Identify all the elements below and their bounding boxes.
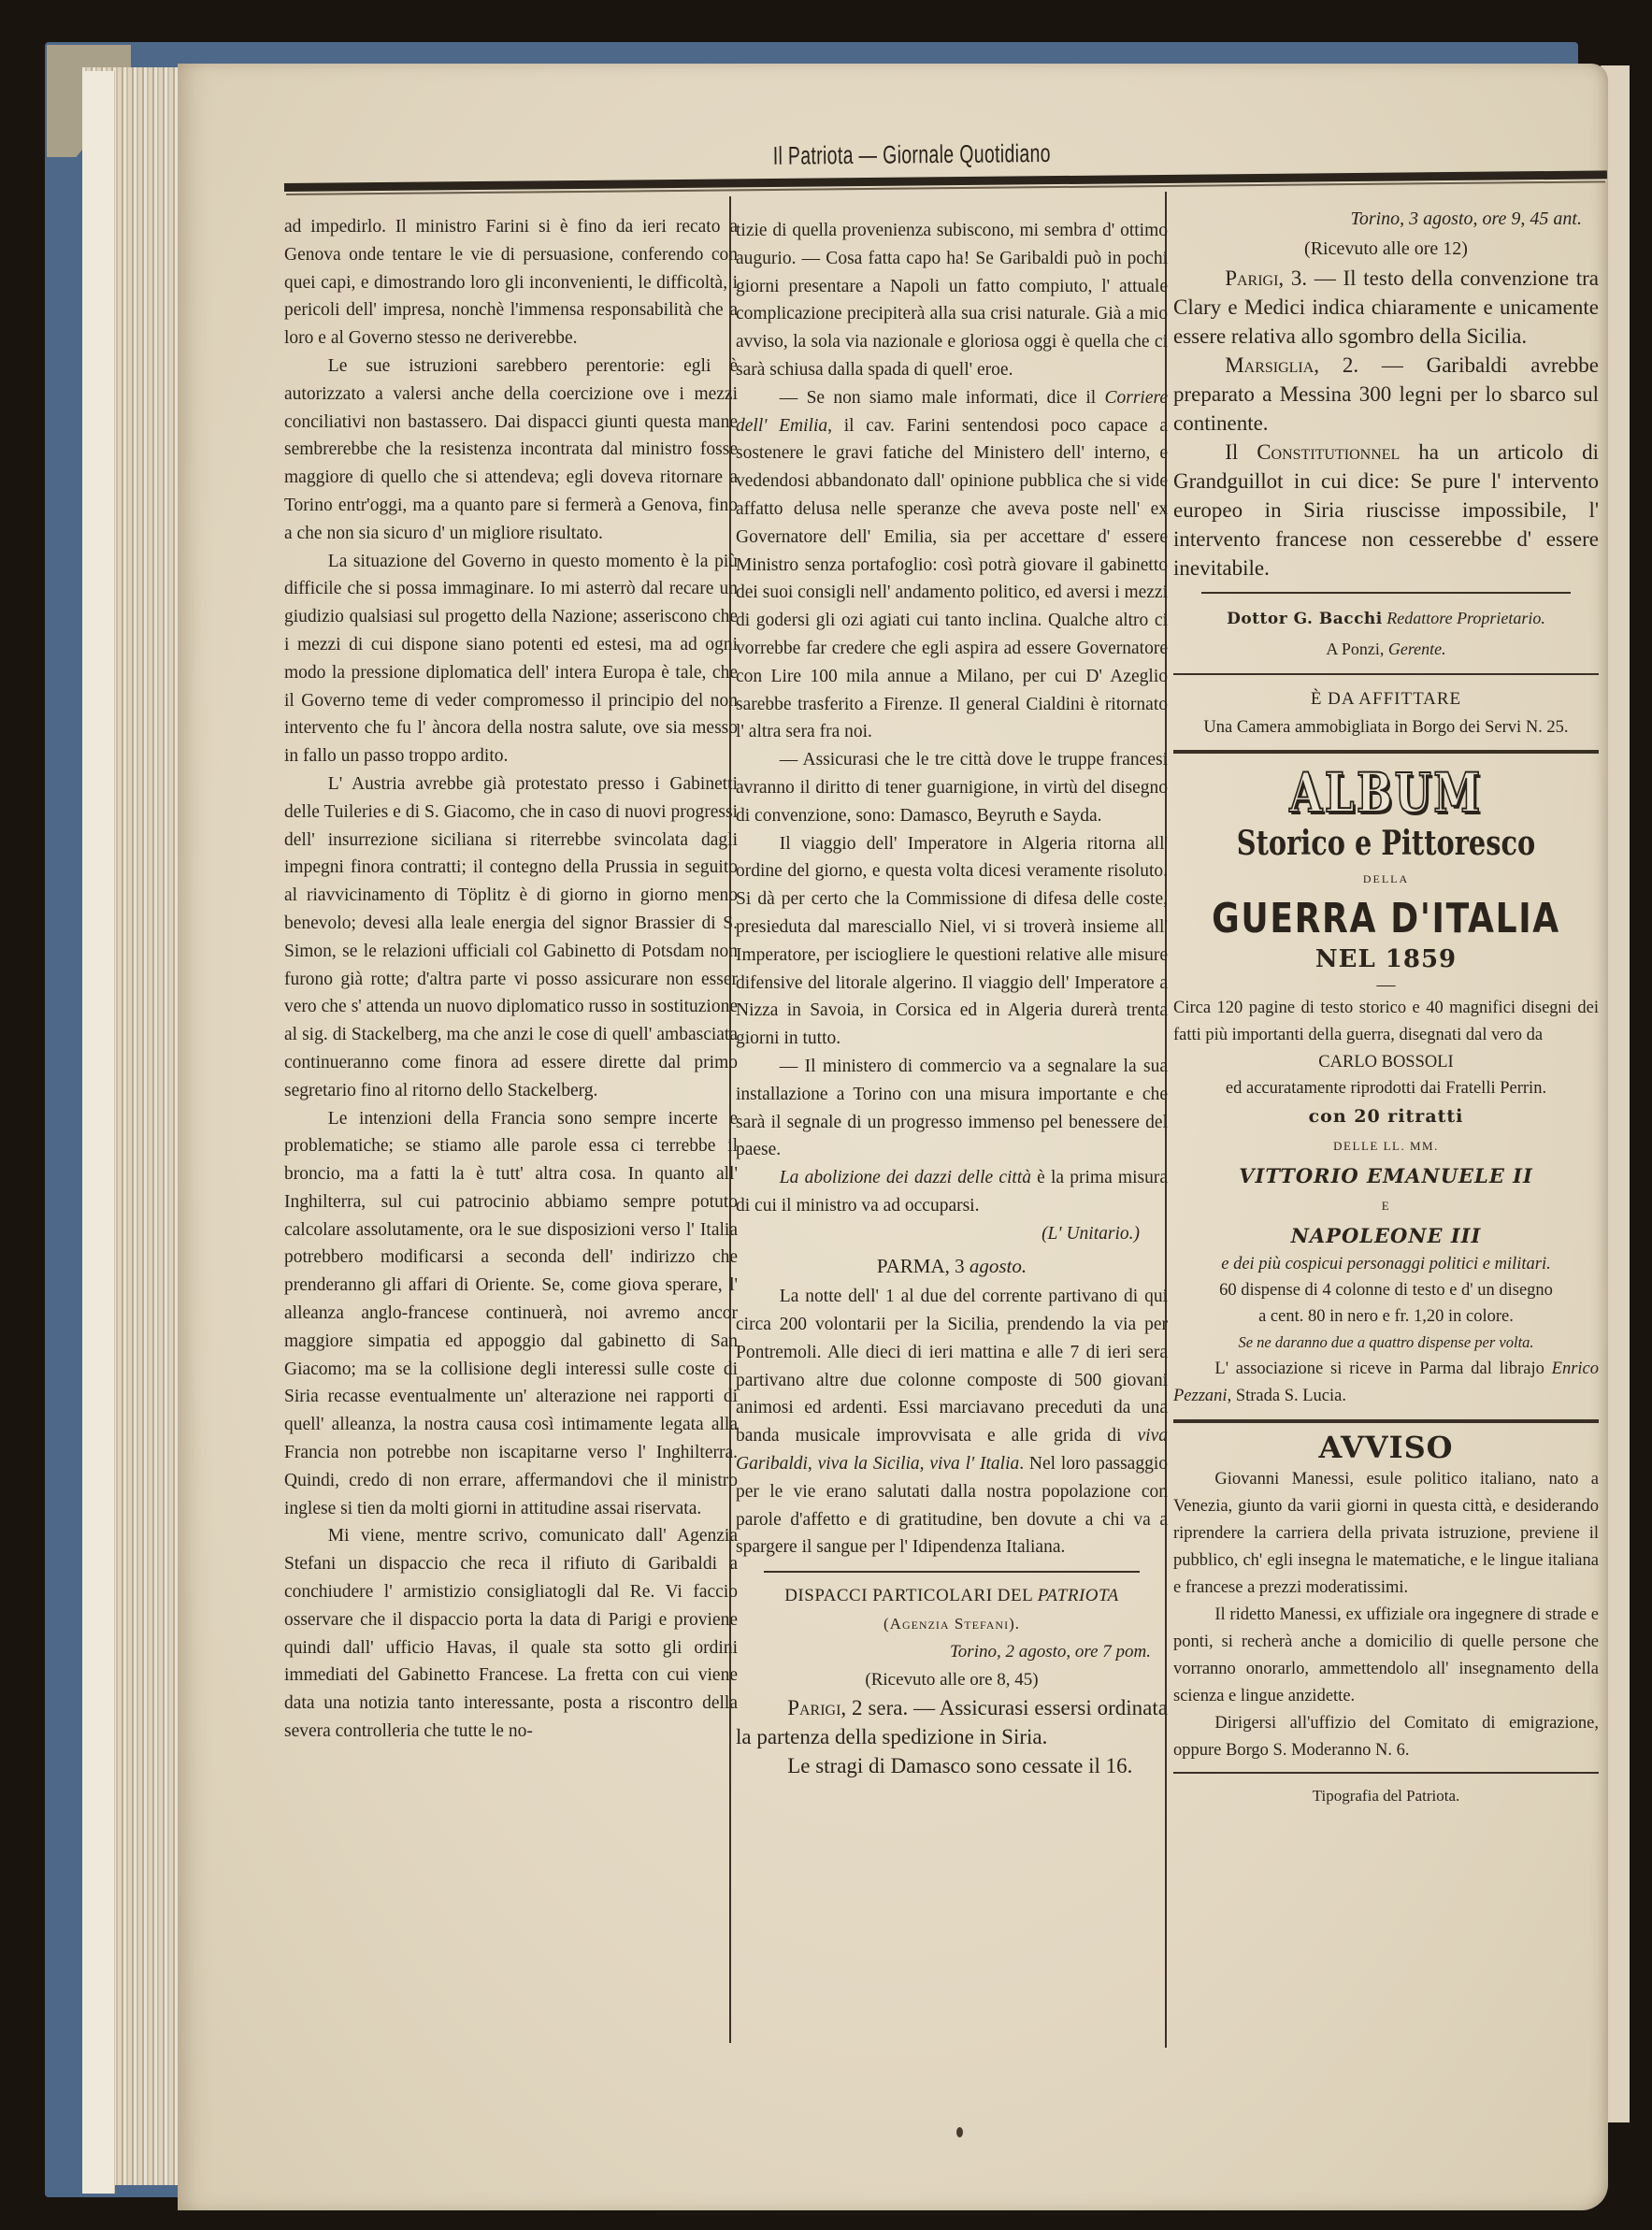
article-paragraph: Il viaggio dell' Imperatore in Algeria r… xyxy=(736,830,1168,1053)
article-paragraph: Mi viene, mentre scrivo, comunicato dall… xyxy=(284,1522,738,1745)
article-paragraph: La situazione del Governo in questo mome… xyxy=(284,548,738,770)
album-ad-description: Circa 120 pagine di testo storico e 40 m… xyxy=(1173,995,1599,1049)
article-paragraph: Le intenzioni della Francia sono sempre … xyxy=(284,1105,738,1523)
article-paragraph: L' Austria avrebbe già protestato presso… xyxy=(284,770,738,1105)
notice-heading: AVVISO xyxy=(1173,1432,1599,1462)
article-paragraph: Le sue istruzioni sarebbero perentorie: … xyxy=(284,352,738,548)
album-ad-subtitle: Storico e Pittoresco xyxy=(1216,823,1557,864)
section-rule xyxy=(764,1571,1140,1573)
dispatch-paragraph: Parigi, 3. — Il testo della convenzione … xyxy=(1173,264,1599,351)
album-ad-subscription: L' associazione si riceve in Parma dal l… xyxy=(1173,1356,1599,1410)
dispatch-time: Torino, 3 agosto, ore 9, 45 ant. xyxy=(1173,204,1599,234)
source-credit: (L' Unitario.) xyxy=(736,1220,1168,1248)
masthead-title: Il Patriota — Giornale Quotidiano xyxy=(772,139,1050,171)
album-ad-year: NEL 1859 xyxy=(1173,944,1599,974)
dispatch-agency: (Agenzia Stefani). xyxy=(736,1610,1168,1638)
dispatch-time: Torino, 2 agosto, ore 7 pom. xyxy=(736,1638,1168,1666)
dispatch-received: (Ricevuto alle ore 12) xyxy=(1173,234,1599,264)
album-ad-war-title: GUERRA D'ITALIA xyxy=(1212,894,1560,944)
dispatch-received: (Ricevuto alle ore 8, 45) xyxy=(736,1666,1168,1694)
rent-ad-heading: È DA AFFITTARE xyxy=(1173,684,1599,714)
article-paragraph: ad impedirlo. Il ministro Farini si è fi… xyxy=(284,213,738,352)
album-ad-title: ALBUM xyxy=(1220,763,1552,823)
printer-credit: Tipografia del Patriota. xyxy=(1173,1781,1599,1811)
page-edge xyxy=(82,71,115,2194)
dispatch-header: DISPACCI PARTICOLARI DEL PATRIOTA xyxy=(736,1582,1168,1610)
notice-paragraph: Giovanni Manessi, esule politico italian… xyxy=(1173,1466,1599,1602)
dispatch-paragraph: Parigi, 2 sera. — Assicurasi essersi ord… xyxy=(736,1693,1168,1751)
parma-dateline: PARMA, 3 agosto. xyxy=(736,1253,1168,1281)
editor-credit: Dottor G. Bacchi Redattore Proprietario. xyxy=(1173,603,1599,634)
article-paragraph: — Se non siamo male informati, dice il C… xyxy=(736,384,1168,746)
section-rule xyxy=(1173,1419,1599,1423)
ink-spot xyxy=(956,2127,963,2137)
dispatch-paragraph: Il Constitutionnel ha un articolo di Gra… xyxy=(1173,438,1599,583)
dispatch-paragraph: Le stragi di Damasco sono cessate il 16. xyxy=(736,1751,1168,1780)
notice-paragraph: Dirigersi all'uffizio del Comitato di em… xyxy=(1173,1710,1599,1764)
article-paragraph: — Assicurasi che le tre città dove le tr… xyxy=(736,746,1168,829)
section-rule xyxy=(1173,673,1599,675)
dispatch-paragraph: Marsiglia, 2. — Garibaldi avrebbe prepar… xyxy=(1173,351,1599,438)
rent-ad-text: Una Camera ammobigliata in Borgo dei Ser… xyxy=(1173,714,1599,741)
middle-column: tizie di quella provenienza subiscono, m… xyxy=(736,217,1168,1780)
manager-credit: A Ponzi, Gerente. xyxy=(1173,634,1599,664)
notice-paragraph: Il ridetto Manessi, ex uffiziale ora ing… xyxy=(1173,1602,1599,1710)
left-column: ad impedirlo. Il ministro Farini si è fi… xyxy=(284,213,738,1746)
right-column: Torino, 3 agosto, ore 9, 45 ant. (Ricevu… xyxy=(1173,204,1599,1811)
album-ad-artist: CARLO BOSSOLI xyxy=(1173,1049,1599,1075)
article-paragraph: — Il ministero di commercio va a segnala… xyxy=(736,1053,1168,1164)
section-rule xyxy=(1201,592,1571,594)
article-paragraph: La notte dell' 1 al due del corrente par… xyxy=(736,1283,1168,1561)
article-paragraph: tizie di quella provenienza subiscono, m… xyxy=(736,217,1168,384)
section-rule xyxy=(1173,750,1599,754)
section-rule xyxy=(1173,1772,1599,1774)
article-paragraph: La abolizione dei dazzi delle città è la… xyxy=(736,1164,1168,1220)
